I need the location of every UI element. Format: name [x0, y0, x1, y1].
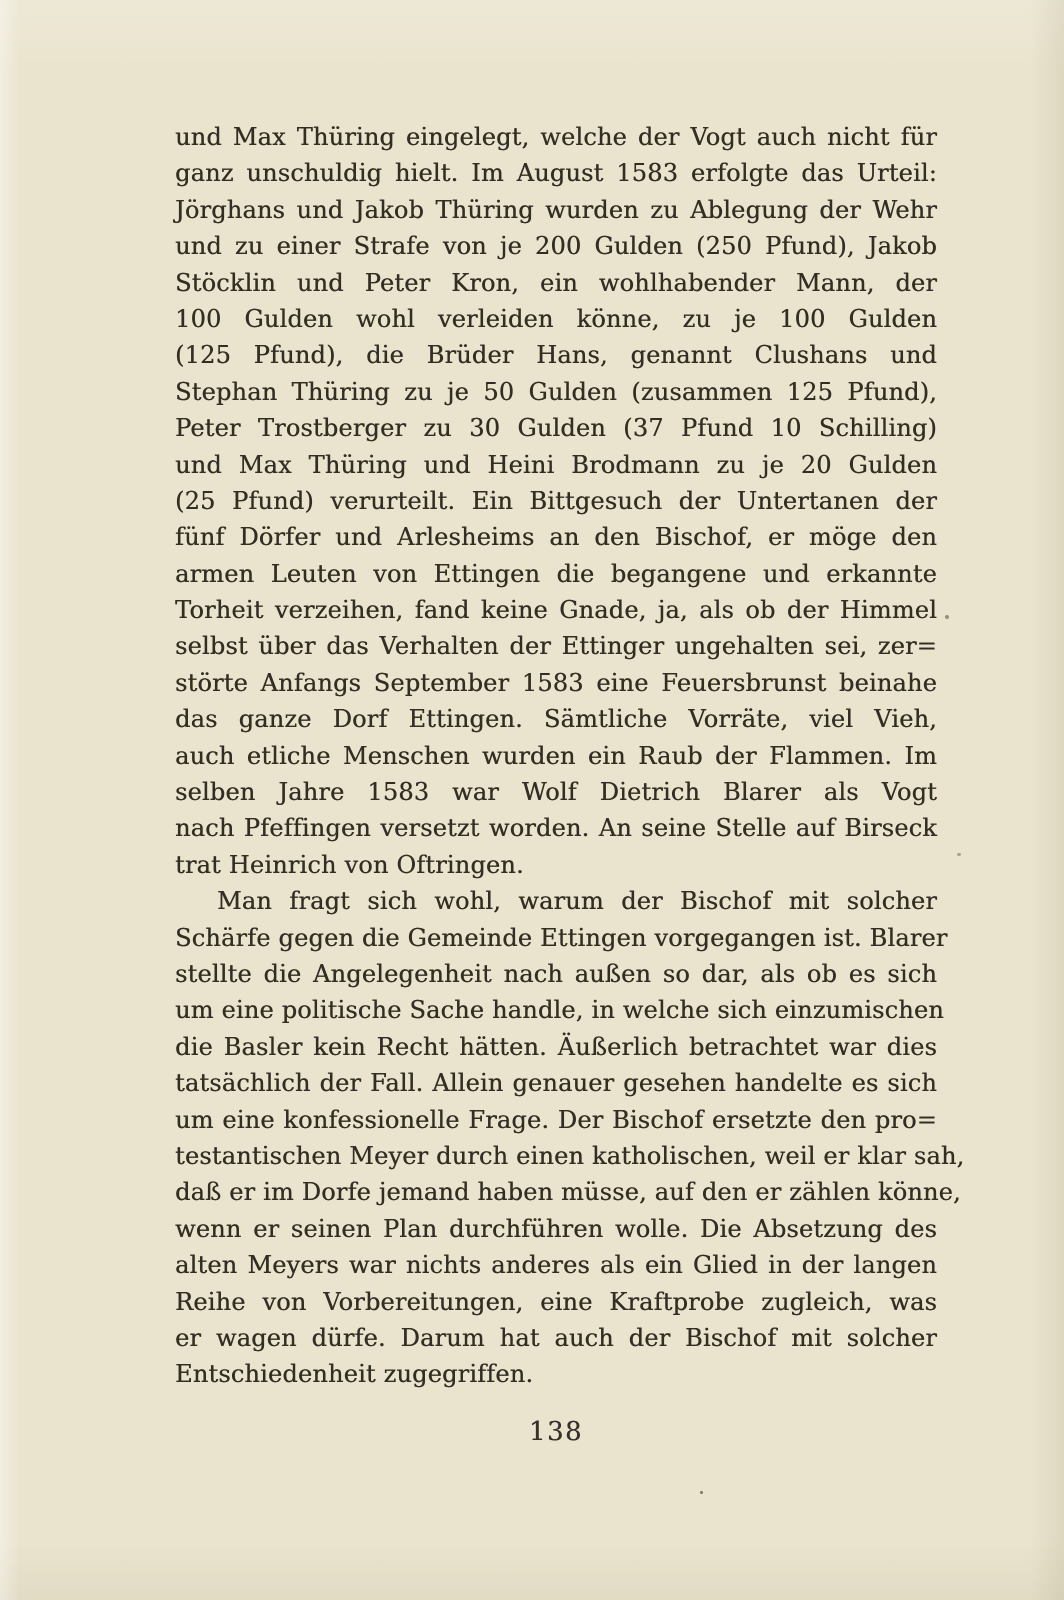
- page-number: 138: [175, 1414, 937, 1450]
- text-line: (25 Pfund) verurteilt. Ein Bittgesuch de…: [175, 483, 937, 519]
- text-line: armen Leuten von Ettingen die begangene …: [175, 556, 937, 592]
- text-line: Reihe von Vorbereitungen, eine Kraftprob…: [175, 1284, 937, 1320]
- text-line: und Max Thüring und Heini Brodmann zu je…: [175, 447, 937, 483]
- text-line: und zu einer Strafe von je 200 Gulden (2…: [175, 228, 937, 264]
- text-line: testantischen Meyer durch einen katholis…: [175, 1138, 937, 1174]
- text-line: das ganze Dorf Ettingen. Sämtliche Vorrä…: [175, 701, 937, 737]
- scan-speck: [957, 853, 961, 856]
- text-line: selben Jahre 1583 war Wolf Dietrich Blar…: [175, 774, 937, 810]
- text-line: und Max Thüring eingelegt, welche der Vo…: [175, 119, 937, 155]
- text-line: wenn er seinen Plan durchführen wolle. D…: [175, 1211, 937, 1247]
- text-line: um eine konfessionelle Frage. Der Bischo…: [175, 1102, 937, 1138]
- text-line: daß er im Dorfe jemand haben müsse, auf …: [175, 1174, 937, 1210]
- text-line: (125 Pfund), die Brüder Hans, genannt Cl…: [175, 337, 937, 373]
- text-line: um eine politische Sache handle, in welc…: [175, 992, 937, 1028]
- text-line: Jörghans und Jakob Thüring wurden zu Abl…: [175, 192, 937, 228]
- text-line: Stöcklin und Peter Kron, ein wohlhabende…: [175, 265, 937, 301]
- text-line: ganz unschuldig hielt. Im August 1583 er…: [175, 155, 937, 191]
- page-text: und Max Thüring eingelegt, welche der Vo…: [175, 119, 937, 1393]
- book-page: und Max Thüring eingelegt, welche der Vo…: [0, 0, 1064, 1600]
- text-line: störte Anfangs September 1583 eine Feuer…: [175, 665, 937, 701]
- text-line: tatsächlich der Fall. Allein genauer ges…: [175, 1065, 937, 1101]
- text-line: fünf Dörfer und Arlesheims an den Bischo…: [175, 519, 937, 555]
- text-line: auch etliche Menschen wurden ein Raub de…: [175, 738, 937, 774]
- text-line: Torheit verzeihen, fand keine Gnade, ja,…: [175, 592, 937, 628]
- text-line: Entschiedenheit zugegriffen.: [175, 1356, 937, 1392]
- text-line: 100 Gulden wohl verleiden könne, zu je 1…: [175, 301, 937, 337]
- text-line: Stephan Thüring zu je 50 Gulden (zusamme…: [175, 374, 937, 410]
- text-line: er wagen dürfe. Darum hat auch der Bisch…: [175, 1320, 937, 1356]
- text-line: selbst über das Verhalten der Ettinger u…: [175, 628, 937, 664]
- text-line: Peter Trostberger zu 30 Gulden (37 Pfund…: [175, 410, 937, 446]
- scan-speck: [700, 1491, 703, 1494]
- scan-speck: [945, 615, 949, 619]
- text-line: Schärfe gegen die Gemeinde Ettingen vorg…: [175, 920, 937, 956]
- text-line: stellte die Angelegenheit nach außen so …: [175, 956, 937, 992]
- text-line: trat Heinrich von Oftringen.: [175, 847, 937, 883]
- text-line: Man fragt sich wohl, warum der Bischof m…: [175, 883, 937, 919]
- text-line: alten Meyers war nichts anderes als ein …: [175, 1247, 937, 1283]
- text-line: nach Pfeffingen versetzt worden. An sein…: [175, 810, 937, 846]
- text-line: die Basler kein Recht hätten. Äußerlich …: [175, 1029, 937, 1065]
